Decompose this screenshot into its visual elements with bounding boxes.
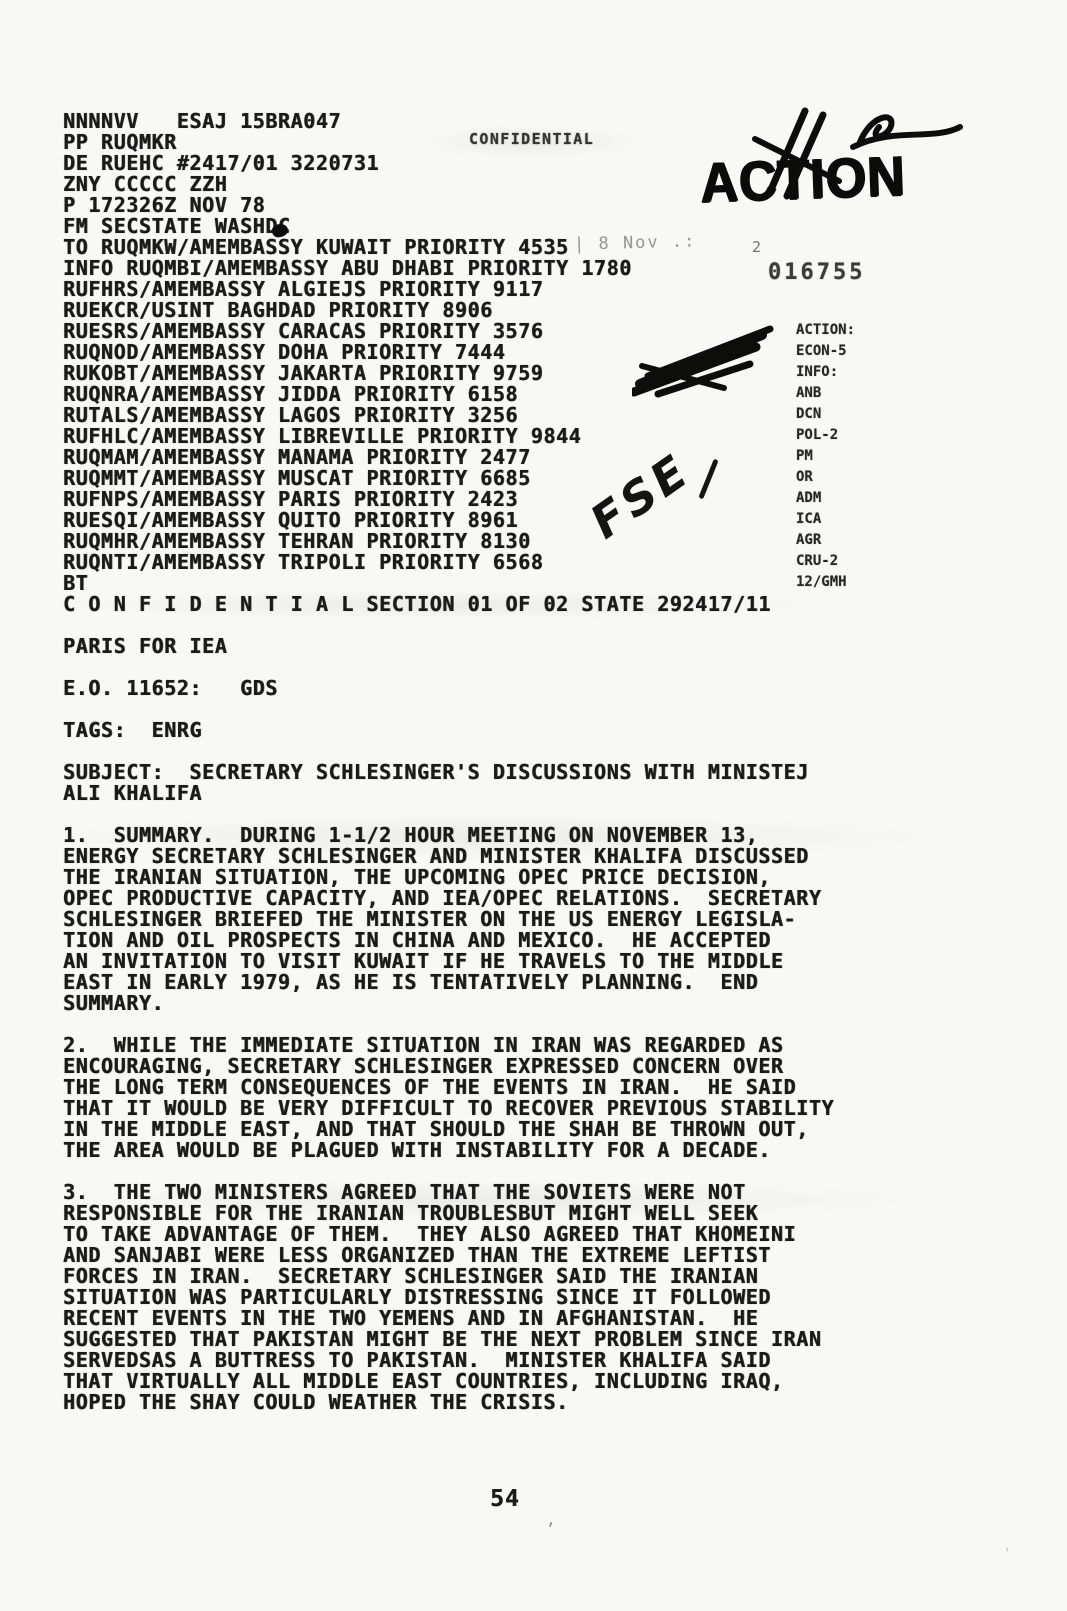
pencil-digit-mark: 2	[752, 238, 761, 256]
cable-text-line: SERVEDSAS A BUTTRESS TO PAKISTAN. MINIST…	[63, 1350, 943, 1371]
cable-text-line: THE LONG TERM CONSEQUENCES OF THE EVENTS…	[63, 1077, 943, 1098]
distribution-entry: PM	[796, 446, 855, 467]
cable-text-line: PARIS FOR IEA	[63, 636, 943, 657]
cable-text-line: THAT VIRTUALLY ALL MIDDLE EAST COUNTRIES…	[63, 1371, 943, 1392]
cable-text-line: 1. SUMMARY. DURING 1-1/2 HOUR MEETING ON…	[63, 825, 943, 846]
cable-text-line: AN INVITATION TO VISIT KUWAIT IF HE TRAV…	[63, 951, 943, 972]
cable-body-text: NNNNVV ESAJ 15BRA047PP RUQMKRDE RUEHC #2…	[63, 111, 943, 1413]
action-stamp: ACTION	[699, 144, 906, 216]
distribution-entry: 12/GMH	[796, 572, 855, 593]
scanned-cable-page: CONFIDENTIAL NNNNVV ESAJ 15BRA047PP RUQM…	[0, 0, 1067, 1611]
cable-text-line: ENERGY SECRETARY SCHLESINGER AND MINISTE…	[63, 846, 943, 867]
cable-text-line: 3. THE TWO MINISTERS AGREED THAT THE SOV…	[63, 1182, 943, 1203]
cable-text-line: THAT IT WOULD BE VERY DIFFICULT TO RECOV…	[63, 1098, 943, 1119]
cable-text-line: SUGGESTED THAT PAKISTAN MIGHT BE THE NEX…	[63, 1329, 943, 1350]
distribution-entry: INFO:	[796, 362, 855, 383]
cable-text-line: E.O. 11652: GDS	[63, 678, 943, 699]
distribution-entry: POL-2	[796, 425, 855, 446]
cable-text-line: TAGS: ENRG	[63, 720, 943, 741]
cable-text-line: THE IRANIAN SITUATION, THE UPCOMING OPEC…	[63, 867, 943, 888]
cable-text-line: 2. WHILE THE IMMEDIATE SITUATION IN IRAN…	[63, 1035, 943, 1056]
distribution-entry: CRU-2	[796, 551, 855, 572]
cable-text-line: OPEC PRODUCTIVE CAPACITY, AND IEA/OPEC R…	[63, 888, 943, 909]
cable-text-line: TO TAKE ADVANTAGE OF THEM. THEY ALSO AGR…	[63, 1224, 943, 1245]
distribution-entry: AGR	[796, 530, 855, 551]
distribution-entry: ICA	[796, 509, 855, 530]
distribution-entry: ACTION:	[796, 320, 855, 341]
cable-text-line: SUMMARY.	[63, 993, 943, 1014]
distribution-list: ACTION:ECON-5INFO:ANBDCNPOL-2PMORADMICAA…	[796, 320, 855, 593]
distribution-entry: ADM	[796, 488, 855, 509]
cable-text-line: SCHLESINGER BRIEFED THE MINISTER ON THE …	[63, 909, 943, 930]
cable-text-line: FM SECSTATE WASHDC	[63, 216, 943, 237]
cable-text-line: ALI KHALIFA	[63, 783, 943, 804]
footer-speck-mark: ,	[546, 1510, 556, 1529]
cable-text-line: HOPED THE SHAY COULD WEATHER THE CRISIS.	[63, 1392, 943, 1413]
cable-text-line: THE AREA WOULD BE PLAGUED WITH INSTABILI…	[63, 1140, 943, 1161]
cable-text-line: ENCOURAGING, SECRETARY SCHLESINGER EXPRE…	[63, 1056, 943, 1077]
cable-text-line: FORCES IN IRAN. SECRETARY SCHLESINGER SA…	[63, 1266, 943, 1287]
page-number: 54	[490, 1486, 520, 1512]
cable-text-line: NNNNVV ESAJ 15BRA047	[63, 111, 943, 132]
cable-text-line: RECENT EVENTS IN THE TWO YEMENS AND IN A…	[63, 1308, 943, 1329]
serial-number: 016755	[768, 260, 865, 285]
date-received-stamp: | 8 Nov .:	[574, 231, 697, 254]
cable-text-line: TO RUQMKW/AMEMBASSY KUWAIT PRIORITY 4535	[63, 237, 943, 258]
edge-speck-mark: '	[1003, 1546, 1011, 1562]
cable-text-line: TION AND OIL PROSPECTS IN CHINA AND MEXI…	[63, 930, 943, 951]
cable-text-line: EAST IN EARLY 1979, AS HE IS TENTATIVELY…	[63, 972, 943, 993]
distribution-entry: OR	[796, 467, 855, 488]
distribution-entry: ECON-5	[796, 341, 855, 362]
cable-text-line: SITUATION WAS PARTICULARLY DISTRESSING S…	[63, 1287, 943, 1308]
distribution-entry: DCN	[796, 404, 855, 425]
cable-text-line: RESPONSIBLE FOR THE IRANIAN TROUBLESBUT …	[63, 1203, 943, 1224]
cable-text-line: AND SANJABI WERE LESS ORGANIZED THAN THE…	[63, 1245, 943, 1266]
cable-text-line: IN THE MIDDLE EAST, AND THAT SHOULD THE …	[63, 1119, 943, 1140]
cable-text-line: RUEKCR/USINT BAGHDAD PRIORITY 8906	[63, 300, 943, 321]
cable-text-line: C O N F I D E N T I A L SECTION 01 OF 02…	[63, 594, 943, 615]
cable-text-line: SUBJECT: SECRETARY SCHLESINGER'S DISCUSS…	[63, 762, 943, 783]
distribution-entry: ANB	[796, 383, 855, 404]
